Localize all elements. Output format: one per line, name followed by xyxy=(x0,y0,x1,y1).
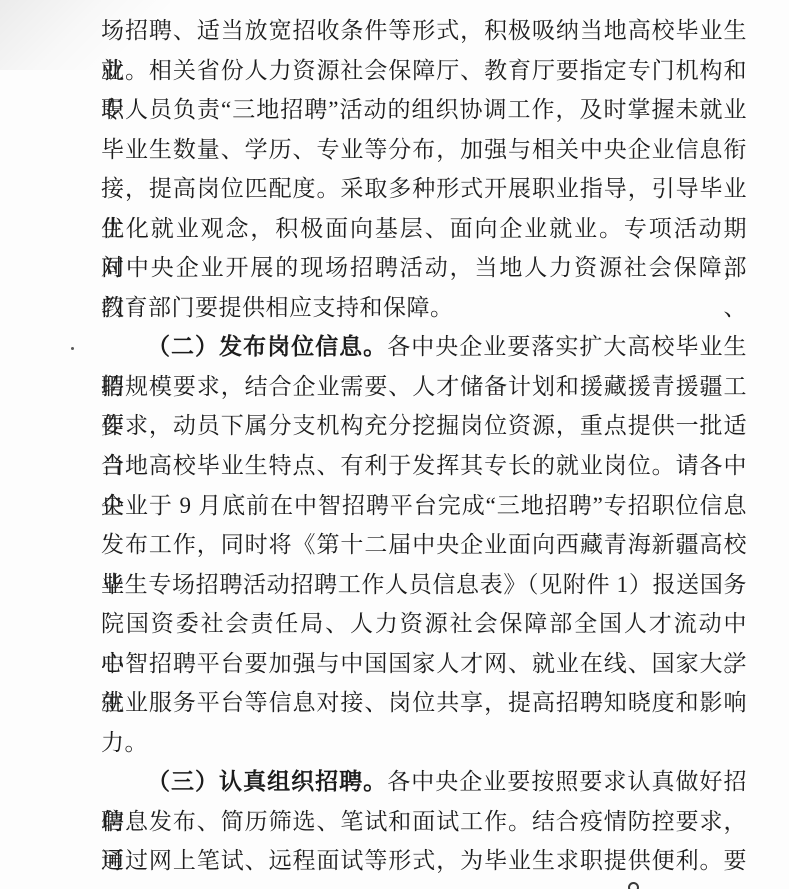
text-line: 发布工作，同时将《第十二届中央企业面向西藏青海新疆高校毕 xyxy=(101,525,747,565)
text-line: 业生专场招聘活动招聘工作人员信息表》（见附件 1）报送国务 xyxy=(101,565,747,605)
text-line: 聘规模要求，结合企业需要、人才储备计划和援藏援青援疆工作 xyxy=(101,367,747,407)
section-heading: （三）认真组织招聘。 xyxy=(147,769,387,794)
paragraph-2: （二）发布岗位信息。各中央企业要落实扩大高校毕业生招聘规模要求，结合企业需要、人… xyxy=(101,327,747,762)
text-line: 力。 xyxy=(101,723,747,763)
paragraph-1: 场招聘、适当放宽招收条件等形式，积极吸纳当地高校毕业生就业。相关省份人力资源社会… xyxy=(101,11,747,327)
text-line: 当地高校毕业生特点、有利于发挥其专长的就业岗位。请各中央 xyxy=(101,446,747,486)
text-line: 通过网上笔试、远程面试等形式，为毕业生求职提供便利。要及 xyxy=(101,841,747,881)
text-line: 职人员负责“三地招聘”活动的组织协调工作，及时掌握未就业 xyxy=(101,90,747,130)
text-line: 优化就业观念，积极面向基层、面向企业就业。专项活动期间， xyxy=(101,209,747,249)
text-line: 接，提高岗位匹配度。采取多种形式开展职业指导，引导毕业生 xyxy=(101,169,747,209)
text-line: 要求，动员下属分支机构充分挖掘岗位资源，重点提供一批适合 xyxy=(101,406,747,446)
text-line: 业。相关省份人力资源社会保障厅、教育厅要指定专门机构和专 xyxy=(101,51,747,91)
section-heading: （二）发布岗位信息。 xyxy=(147,334,387,359)
scan-artifact-dot xyxy=(71,347,74,350)
document-page: 场招聘、适当放宽招收条件等形式，积极吸纳当地高校毕业生就业。相关省份人力资源社会… xyxy=(0,0,789,889)
text-line: 院国资委社会责任局、人力资源社会保障部全国人才流动中心。 xyxy=(101,604,747,644)
document-body: 场招聘、适当放宽招收条件等形式，积极吸纳当地高校毕业生就业。相关省份人力资源社会… xyxy=(101,11,747,881)
text-line: 毕业生数量、学历、专业等分布，加强与相关中央企业信息衔 xyxy=(101,130,747,170)
text-line: （三）认真组织招聘。各中央企业要按照要求认真做好招聘 xyxy=(101,762,747,802)
text-line: 对中央企业开展的现场招聘活动，当地人力资源社会保障部门、 xyxy=(101,248,747,288)
text-line: 企业于 9 月底前在中智招聘平台完成“三地招聘”专招职位信息 xyxy=(101,486,747,526)
text-line: 场招聘、适当放宽招收条件等形式，积极吸纳当地高校毕业生就 xyxy=(101,11,747,51)
paragraph-3: （三）认真组织招聘。各中央企业要按照要求认真做好招聘信息发布、简历筛选、笔试和面… xyxy=(101,762,747,881)
text-line: 中智招聘平台要加强与中国国家人才网、就业在线、国家大学生 xyxy=(101,644,747,684)
text-line: （二）发布岗位信息。各中央企业要落实扩大高校毕业生招 xyxy=(101,327,747,367)
partial-character-next-line xyxy=(628,882,639,889)
text-line: 就业服务平台等信息对接、岗位共享，提高招聘知晓度和影响 xyxy=(101,683,747,723)
text-line: 信息发布、简历筛选、笔试和面试工作。结合疫情防控要求，可 xyxy=(101,802,747,842)
